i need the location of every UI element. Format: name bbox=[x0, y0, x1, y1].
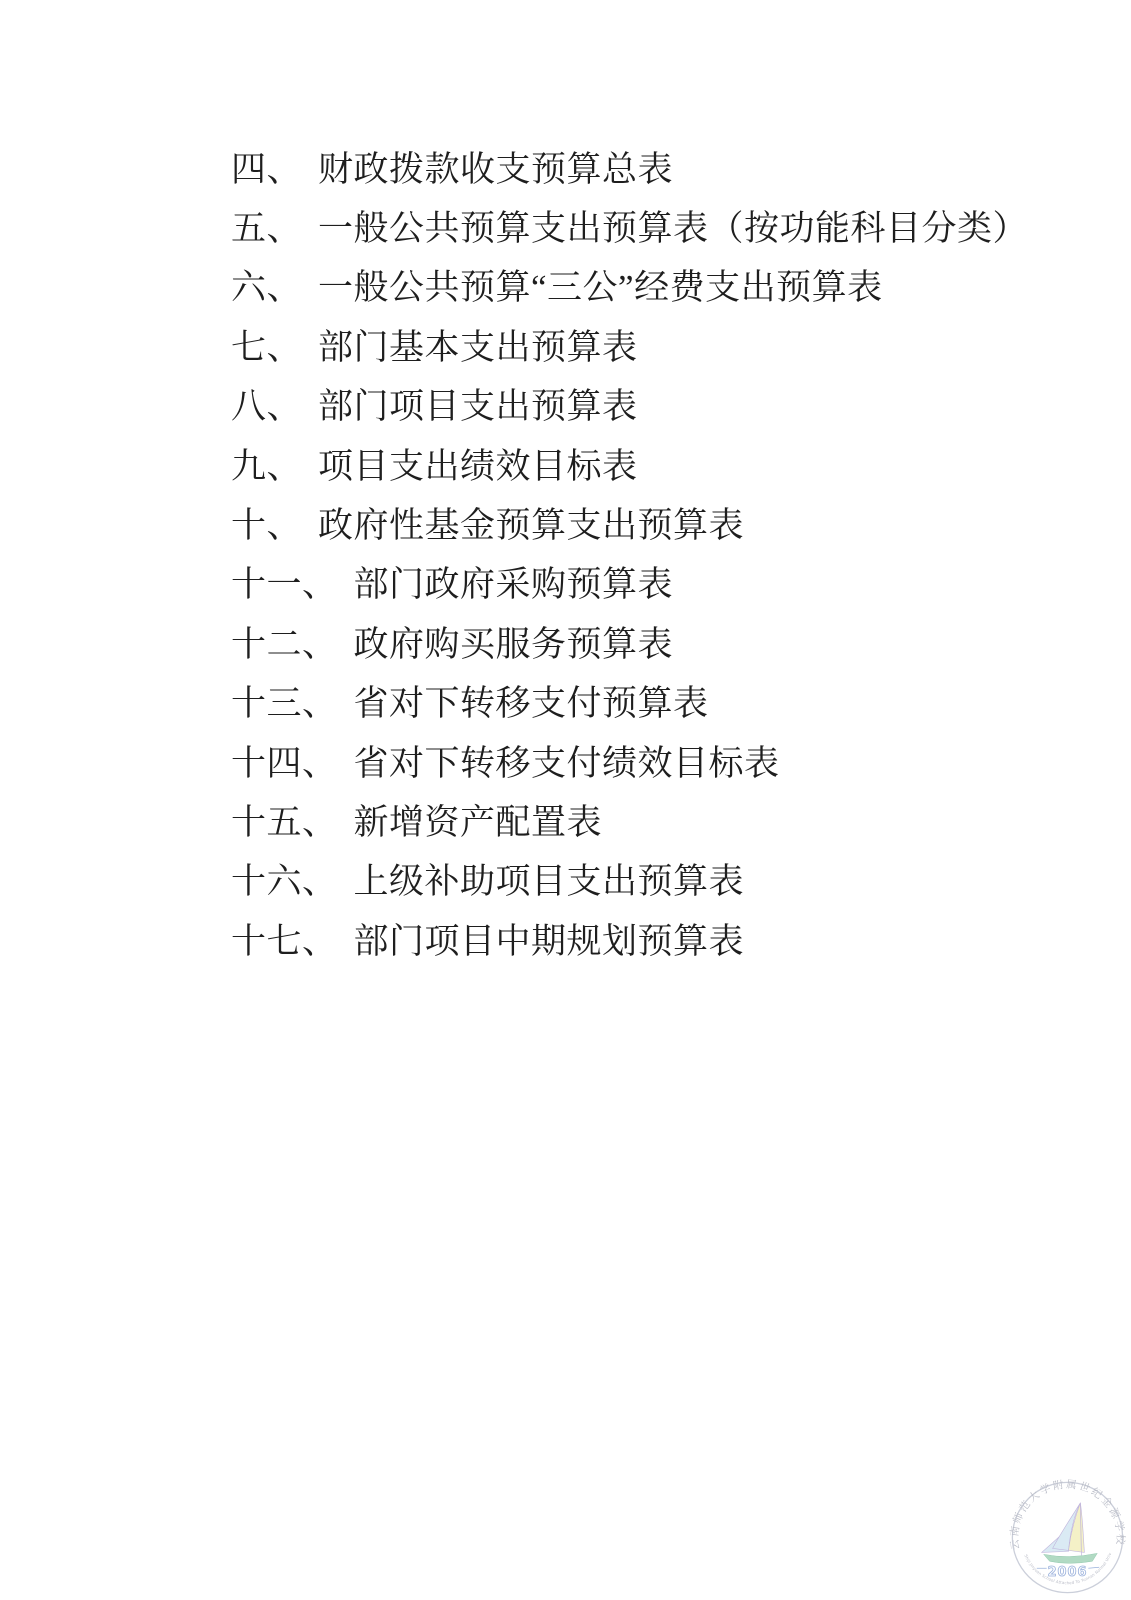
toc-item-title: 部门政府采购预算表 bbox=[354, 557, 674, 607]
toc-item: 九、 项目支出绩效目标表 bbox=[231, 434, 1028, 493]
toc-item-number: 九、 bbox=[231, 439, 302, 489]
toc-item-number: 十六、 bbox=[231, 854, 338, 904]
toc-item-title: 项目支出绩效目标表 bbox=[318, 439, 638, 489]
toc-item: 五、 一般公共预算支出预算表（按功能科目分类） bbox=[231, 196, 1028, 255]
toc-item: 六、 一般公共预算“三公”经费支出预算表 bbox=[231, 256, 1028, 315]
toc-item-number: 十一、 bbox=[231, 557, 338, 607]
toc-item-title: 一般公共预算支出预算表（按功能科目分类） bbox=[318, 201, 1028, 251]
document-page: 四、 财政拨款收支预算总表 五、 一般公共预算支出预算表（按功能科目分类） 六、… bbox=[0, 0, 1131, 1600]
toc-item-title: 省对下转移支付绩效目标表 bbox=[354, 736, 780, 786]
toc-item-number: 四、 bbox=[231, 142, 302, 192]
toc-item: 十、 政府性基金预算支出预算表 bbox=[231, 493, 1028, 552]
toc-item-title: 政府性基金预算支出预算表 bbox=[318, 498, 744, 548]
toc-item: 十七、 部门项目中期规划预算表 bbox=[231, 909, 1028, 968]
toc-item-number: 十二、 bbox=[231, 617, 338, 667]
toc-item-title: 部门基本支出预算表 bbox=[318, 320, 638, 370]
toc-item-title: 财政拨款收支预算总表 bbox=[318, 142, 673, 192]
toc-item-number: 十四、 bbox=[231, 736, 338, 786]
toc-item-number: 七、 bbox=[231, 320, 302, 370]
toc-item: 十五、 新增资产配置表 bbox=[231, 790, 1028, 849]
toc-item: 十一、 部门政府采购预算表 bbox=[231, 553, 1028, 612]
toc-item-title: 部门项目支出预算表 bbox=[318, 379, 638, 429]
toc-item-number: 十七、 bbox=[231, 914, 338, 964]
toc-item-number: 十三、 bbox=[231, 676, 338, 726]
toc-item-number: 五、 bbox=[231, 201, 302, 251]
toc-item: 四、 财政拨款收支预算总表 bbox=[231, 137, 1028, 196]
toc-item-title: 省对下转移支付预算表 bbox=[354, 676, 709, 726]
toc-item-title: 部门项目中期规划预算表 bbox=[354, 914, 745, 964]
toc-item: 七、 部门基本支出预算表 bbox=[231, 315, 1028, 374]
toc-item-title: 上级补助项目支出预算表 bbox=[354, 854, 745, 904]
toc-item-title: 一般公共预算“三公”经费支出预算表 bbox=[318, 260, 883, 310]
toc-item-number: 八、 bbox=[231, 379, 302, 429]
toc-item: 十四、 省对下转移支付绩效目标表 bbox=[231, 731, 1028, 790]
toc-item-number: 十五、 bbox=[231, 795, 338, 845]
toc-list: 四、 财政拨款收支预算总表 五、 一般公共预算支出预算表（按功能科目分类） 六、… bbox=[231, 137, 1028, 968]
logo-year-text: 2006 bbox=[1048, 1565, 1088, 1580]
toc-item-title: 新增资产配置表 bbox=[354, 795, 603, 845]
sailboat-icon: 2006 bbox=[1037, 1503, 1099, 1580]
toc-item: 十三、 省对下转移支付预算表 bbox=[231, 672, 1028, 731]
toc-item: 八、 部门项目支出预算表 bbox=[231, 375, 1028, 434]
school-logo-watermark: 云南师范大学附属世纪金源学校 Shiji Jinyuan School Atta… bbox=[1009, 1479, 1126, 1596]
toc-item-number: 六、 bbox=[231, 260, 302, 310]
school-logo: 云南师范大学附属世纪金源学校 Shiji Jinyuan School Atta… bbox=[1009, 1479, 1126, 1596]
toc-item-title: 政府购买服务预算表 bbox=[354, 617, 674, 667]
hull-shape bbox=[1044, 1553, 1098, 1563]
toc-item: 十二、 政府购买服务预算表 bbox=[231, 612, 1028, 671]
toc-item-number: 十、 bbox=[231, 498, 302, 548]
toc-item: 十六、 上级补助项目支出预算表 bbox=[231, 850, 1028, 909]
